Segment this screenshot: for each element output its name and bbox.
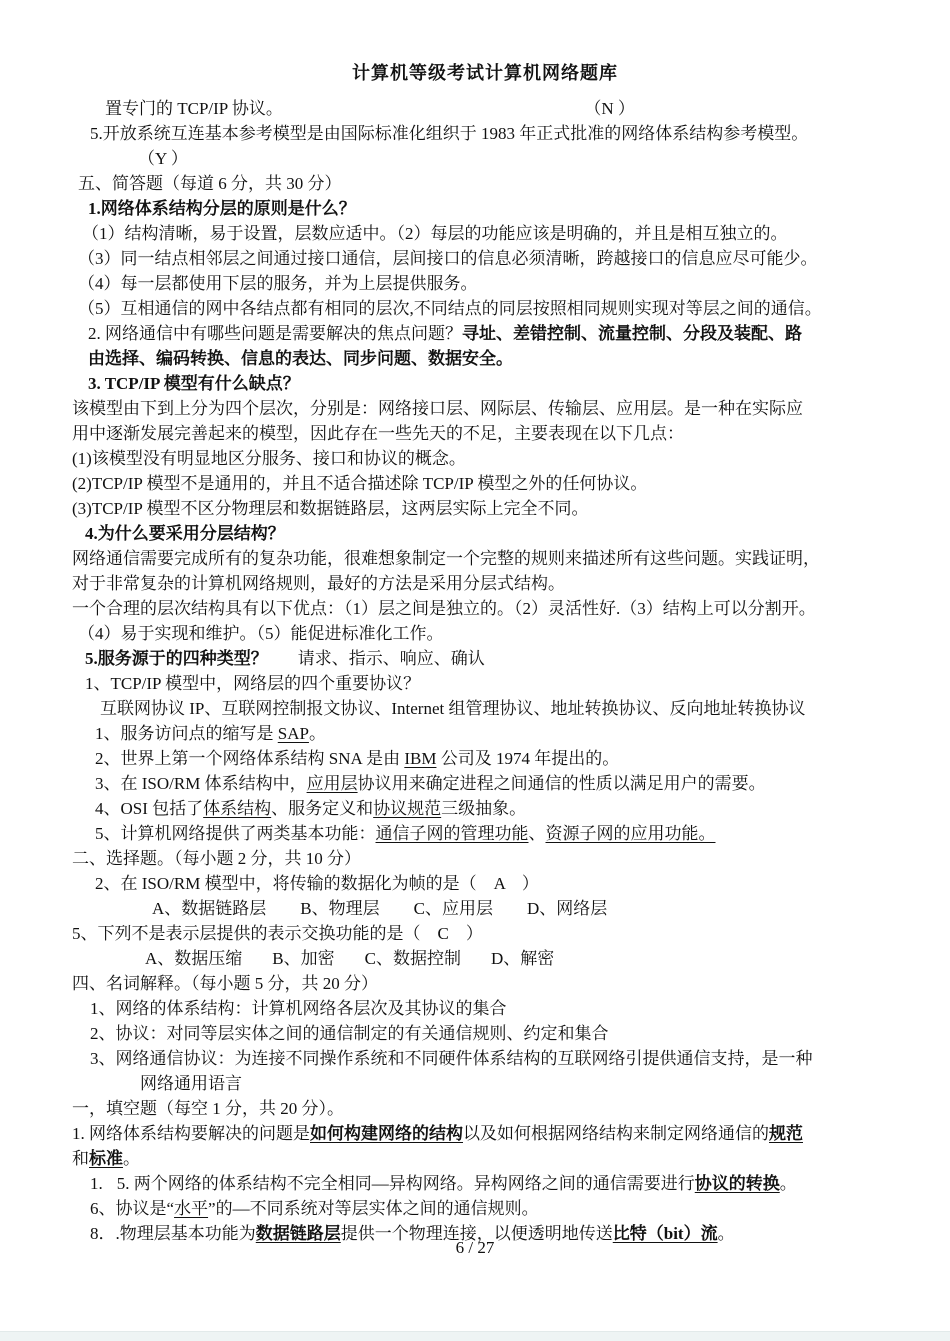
text-run: 4、OSI 包括了 (95, 799, 203, 818)
text-line: （4）易于实现和维护。（5）能促进标准化工作。 (72, 621, 898, 646)
text-run: 3. TCP/IP 模型有什么缺点？ (88, 374, 300, 393)
text-line: 二、选择题。（每小题 2 分，共 10 分） (72, 846, 898, 871)
text-run: 。 (309, 724, 326, 743)
text-line: 1.5. 两个网络的体系结构不完全相同—异构网络。异构网络之间的通信需要进行协议… (72, 1171, 898, 1196)
text-run: 二、选择题。（每小题 2 分，共 10 分） (72, 849, 361, 868)
text-line: 5.开放系统互连基本参考模型是由国际标准化组织于 1983 年正式批准的网络体系… (72, 121, 898, 146)
text-run: （4）每一层都使用下层的服务，并为上层提供服务。 (78, 274, 478, 293)
text-run: 5. 两个网络的体系结构不完全相同—异构网络。异构网络之间的通信需要进行 (117, 1174, 695, 1193)
text-line: 互联网协议 IP、互联网控制报文协议、Internet 组管理协议、地址转换协议… (72, 696, 898, 721)
text-run: (2)TCP/IP 模型不是通用的，并且不适合描述除 TCP/IP 模型之外的任… (72, 474, 647, 493)
text-line: （3）同一结点相邻层之间通过接口通信，层间接口的信息必须清晰，跨越接口的信息应尽… (72, 246, 898, 271)
text-run: 体系结构 (203, 799, 271, 818)
text-run: 该模型由下到上分为四个层次，分别是：网络接口层、网际层、传输层、应用层。是一种在… (72, 399, 803, 418)
text-run: B、加密 (272, 949, 334, 968)
text-line: 一个合理的层次结构具有以下优点：（1）层之间是独立的。（2）灵活性好.（3）结构… (72, 596, 898, 621)
text-line: A、数据链路层B、物理层C、应用层D、网络层 (72, 896, 898, 921)
text-run: 、服务定义和 (271, 799, 373, 818)
text-line: （Y ） (72, 146, 898, 171)
text-line: 6、协议是“水平”的—不同系统对等层实体之间的通信规则。 (72, 1196, 898, 1221)
text-line: 一，填空题（每空 1 分，共 20 分）。 (72, 1096, 898, 1121)
text-line: 该模型由下到上分为四个层次，分别是：网络接口层、网际层、传输层、应用层。是一种在… (72, 396, 898, 421)
text-line: 3、在 ISO/RM 体系结构中，应用层协议用来确定进程之间通信的性质以满足用户… (72, 771, 898, 796)
text-run: 2、世界上第一个网络体系结构 SNA 是由 (95, 749, 404, 768)
text-run: 1、网络的体系结构：计算机网络各层次及其协议的集合 (90, 999, 507, 1018)
text-run: ”的—不同系统对等层实体之间的通信规则。 (208, 1199, 539, 1218)
text-line: A、数据压缩B、加密C、数据控制D、解密 (72, 946, 898, 971)
text-run: SAP (278, 724, 309, 743)
text-line: （1）结构清晰，易于设置，层数应适中。（2）每层的功能应该是明确的，并且是相互独… (72, 221, 898, 246)
text-line: 1、TCP/IP 模型中，网络层的四个重要协议？ (72, 671, 898, 696)
text-line: 1、服务访问点的缩写是 SAP。 (72, 721, 898, 746)
text-run: 5、计算机网络提供了两类基本功能： (95, 824, 376, 843)
text-line: 2. 网络通信中有哪些问题是需要解决的焦点问题？寻址、差错控制、流量控制、分段及… (72, 321, 898, 346)
text-run: 资源子网的应用功能。 (546, 824, 716, 843)
text-run: 置专门的 TCP/IP 协议。 (105, 99, 283, 118)
text-run: 。 (123, 1149, 140, 1168)
text-run: 5.服务源于的四种类型？ (85, 649, 268, 668)
text-run: D、解密 (491, 949, 554, 968)
text-line: 2、协议：对同等层实体之间的通信制定的有关通信规则、约定和集合 (72, 1021, 898, 1046)
text-line: 和标准。 (72, 1146, 898, 1171)
text-line: （4）每一层都使用下层的服务，并为上层提供服务。 (72, 271, 898, 296)
text-line: 网络通信需要完成所有的复杂功能，很难想象制定一个完整的规则来描述所有这些问题。实… (72, 546, 898, 571)
text-run: （1）结构清晰，易于设置，层数应适中。（2）每层的功能应该是明确的，并且是相互独… (82, 224, 788, 243)
text-run: （5）互相通信的网中各结点都有相同的层次,不同结点的同层按照相同规则实现对等层之… (78, 299, 822, 318)
text-run: 5.开放系统互连基本参考模型是由国际标准化组织于 1983 年正式批准的网络体系… (90, 124, 808, 143)
text-run: 2. 网络通信中有哪些问题是需要解决的焦点问题？ (88, 324, 462, 343)
text-run: 规范 (769, 1124, 803, 1143)
text-run: 网络通用语言 (140, 1074, 242, 1093)
text-run: 一个合理的层次结构具有以下优点：（1）层之间是独立的。（2）灵活性好.（3）结构… (72, 599, 816, 618)
text-run: 对于非常复杂的计算机网络规则，最好的方法是采用分层式结构。 (72, 574, 565, 593)
text-line: 1. 网络体系结构要解决的问题是如何构建网络的结构以及如何根据网络结构来制定网络… (72, 1121, 898, 1146)
text-line: 5.服务源于的四种类型？请求、指示、响应、确认 (72, 646, 898, 671)
text-line: (2)TCP/IP 模型不是通用的，并且不适合描述除 TCP/IP 模型之外的任… (72, 471, 898, 496)
text-run: 水平 (174, 1199, 208, 1218)
text-run: （4）易于实现和维护。（5）能促进标准化工作。 (78, 624, 444, 643)
document-lines: 置专门的 TCP/IP 协议。（N ）5.开放系统互连基本参考模型是由国际标准化… (72, 96, 898, 1246)
text-run: 、 (529, 824, 546, 843)
text-line: 3、网络通信协议：为连接不同操作系统和不同硬件体系结构的互联网络引提供通信支持，… (72, 1046, 898, 1071)
text-run: 通信子网的管理功能 (376, 824, 529, 843)
text-run: 由选择、编码转换、信息的表达、同步问题、数据安全。 (88, 349, 513, 368)
bottom-strip (0, 1331, 950, 1341)
text-run: 三级抽象。 (441, 799, 526, 818)
document-page: 计算机等级考试计算机网络题库 置专门的 TCP/IP 协议。（N ）5.开放系统… (0, 0, 950, 1341)
text-run: 1. (90, 1174, 103, 1193)
text-run: 4.为什么要采用分层结构？ (85, 524, 285, 543)
text-run: 6、协议是“ (90, 1199, 174, 1218)
text-run: 互联网协议 IP、互联网控制报文协议、Internet 组管理协议、地址转换协议… (100, 699, 805, 718)
text-run: IBM (404, 749, 436, 768)
text-run: 5、下列不是表示层提供的表示交换功能的是（ C ） (72, 924, 483, 943)
text-run: （Y ） (138, 149, 188, 168)
text-run: B、物理层 (300, 899, 379, 918)
document-body: 计算机等级考试计算机网络题库 置专门的 TCP/IP 协议。（N ）5.开放系统… (72, 60, 898, 1246)
text-line: 1.网络体系结构分层的原则是什么？ (72, 196, 898, 221)
text-line: 2、在 ISO/RM 模型中，将传输的数据化为帧的是（ A ） (72, 871, 898, 896)
text-run: (3)TCP/IP 模型不区分物理层和数据链路层，这两层实际上完全不同。 (72, 499, 588, 518)
text-line: 由选择、编码转换、信息的表达、同步问题、数据安全。 (72, 346, 898, 371)
text-run: 1.网络体系结构分层的原则是什么？ (88, 199, 356, 218)
text-run: A、数据压缩 (145, 949, 242, 968)
text-line: 3. TCP/IP 模型有什么缺点？ (72, 371, 898, 396)
text-line: 用中逐渐发展完善起来的模型，因此存在一些先天的不足，主要表现在以下几点： (72, 421, 898, 446)
text-run: C、应用层 (414, 899, 493, 918)
text-run: C、数据控制 (365, 949, 461, 968)
text-line: 2、世界上第一个网络体系结构 SNA 是由 IBM 公司及 1974 年提出的。 (72, 746, 898, 771)
text-run: D、网络层 (527, 899, 607, 918)
text-line: 4、OSI 包括了体系结构、服务定义和协议规范三级抽象。 (72, 796, 898, 821)
text-line: 1、网络的体系结构：计算机网络各层次及其协议的集合 (72, 996, 898, 1021)
text-run: 1、TCP/IP 模型中，网络层的四个重要协议？ (85, 674, 420, 693)
text-run: 协议的转换 (695, 1174, 780, 1193)
text-run: 请求、指示、响应、确认 (298, 649, 485, 668)
text-run: 3、网络通信协议：为连接不同操作系统和不同硬件体系结构的互联网络引提供通信支持，… (90, 1049, 813, 1068)
text-run: 2、协议：对同等层实体之间的通信制定的有关通信规则、约定和集合 (90, 1024, 609, 1043)
text-run: 如何构建网络的结构 (310, 1124, 463, 1143)
text-run: (1)该模型没有明显地区分服务、接口和协议的概念。 (72, 449, 466, 468)
text-run: 和 (72, 1149, 89, 1168)
text-line: 对于非常复杂的计算机网络规则，最好的方法是采用分层式结构。 (72, 571, 898, 596)
text-line: (1)该模型没有明显地区分服务、接口和协议的概念。 (72, 446, 898, 471)
text-line: 5、计算机网络提供了两类基本功能：通信子网的管理功能、资源子网的应用功能。 (72, 821, 898, 846)
text-line: 4.为什么要采用分层结构？ (72, 521, 898, 546)
text-line: 5、下列不是表示层提供的表示交换功能的是（ C ） (72, 921, 898, 946)
text-line: 置专门的 TCP/IP 协议。（N ） (72, 96, 898, 121)
text-run: 以及如何根据网络结构来制定网络通信的 (463, 1124, 769, 1143)
text-run: 标准 (89, 1149, 123, 1168)
text-run: 协议规范 (373, 799, 441, 818)
text-run: 寻址、差错控制、流量控制、分段及装配、路 (462, 324, 802, 343)
text-run: 应用层 (307, 774, 358, 793)
text-line: 四、名词解释。（每小题 5 分，共 20 分） (72, 971, 898, 996)
text-run: 一，填空题（每空 1 分，共 20 分）。 (72, 1099, 344, 1118)
text-run: 五、简答题（每道 6 分，共 30 分） (78, 174, 342, 193)
document-title: 计算机等级考试计算机网络题库 (72, 60, 898, 86)
text-run: 2、在 ISO/RM 模型中，将传输的数据化为帧的是（ A ） (95, 874, 539, 893)
text-run: A、数据链路层 (152, 899, 266, 918)
text-line: 五、简答题（每道 6 分，共 30 分） (72, 171, 898, 196)
text-run: 用中逐渐发展完善起来的模型，因此存在一些先天的不足，主要表现在以下几点： (72, 424, 684, 443)
text-run: 3、在 ISO/RM 体系结构中， (95, 774, 307, 793)
text-line: （5）互相通信的网中各结点都有相同的层次,不同结点的同层按照相同规则实现对等层之… (72, 296, 898, 321)
text-run: 1、服务访问点的缩写是 (95, 724, 278, 743)
text-run: 公司及 1974 年提出的。 (436, 749, 619, 768)
text-run: 1. 网络体系结构要解决的问题是 (72, 1124, 310, 1143)
text-run: 网络通信需要完成所有的复杂功能，很难想象制定一个完整的规则来描述所有这些问题。实… (72, 549, 820, 568)
text-run: 协议用来确定进程之间通信的性质以满足用户的需要。 (358, 774, 766, 793)
text-run: 。 (780, 1174, 797, 1193)
text-run: 四、名词解释。（每小题 5 分，共 20 分） (72, 974, 378, 993)
text-line: (3)TCP/IP 模型不区分物理层和数据链路层，这两层实际上完全不同。 (72, 496, 898, 521)
text-run: （N ） (593, 99, 635, 118)
text-run: （3）同一结点相邻层之间通过接口通信，层间接口的信息必须清晰，跨越接口的信息应尽… (78, 249, 818, 268)
page-number-indicator: 6 / 27 (0, 1238, 950, 1258)
text-line: 网络通用语言 (72, 1071, 898, 1096)
